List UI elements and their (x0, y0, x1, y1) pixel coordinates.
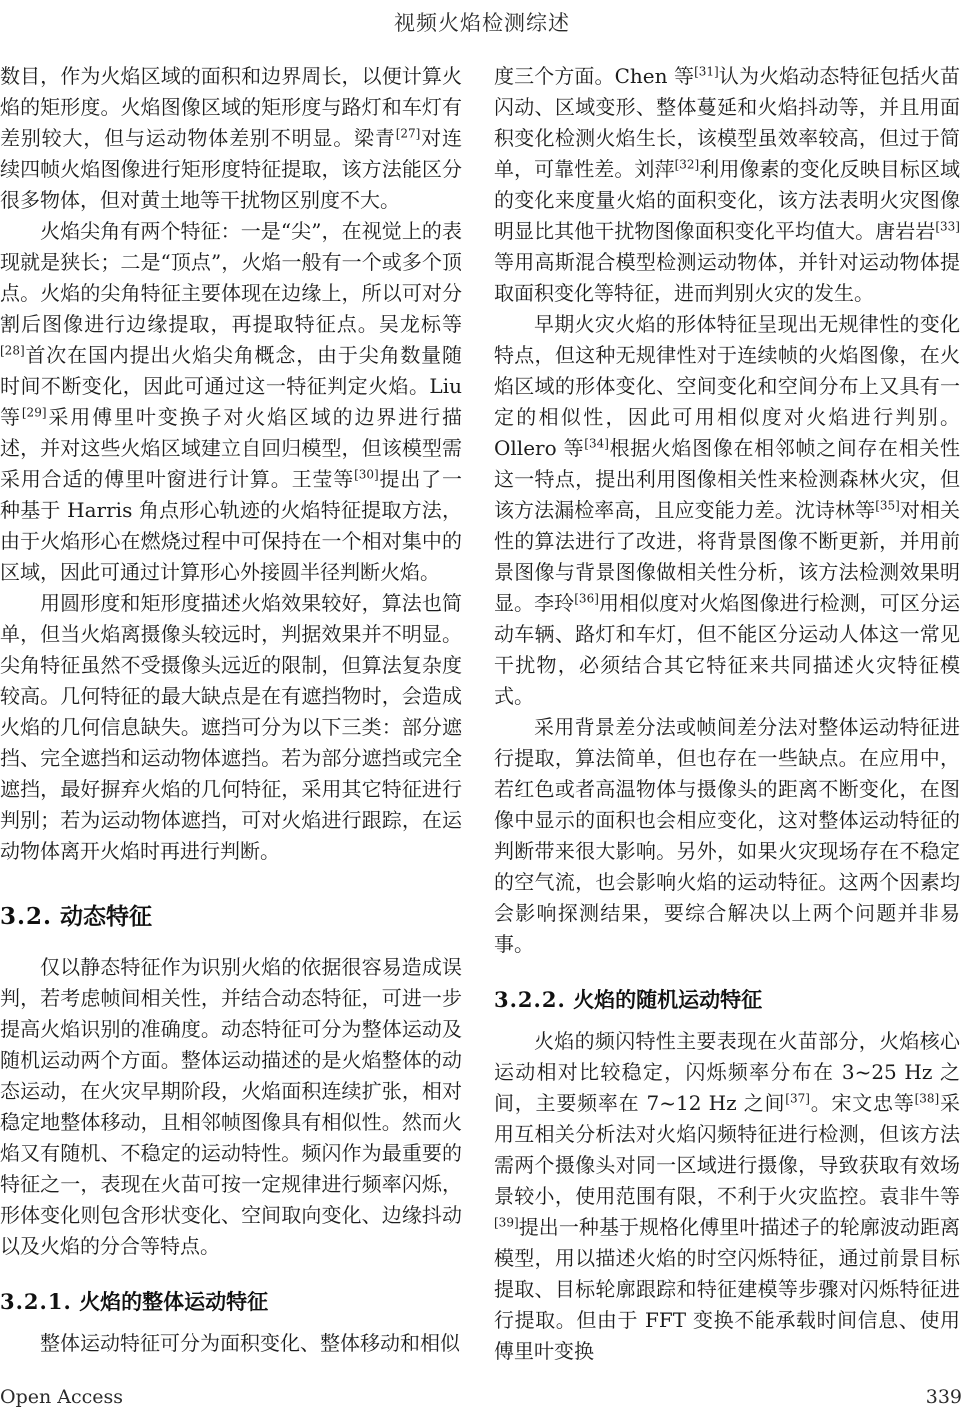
right-column: 度三个方面。Chen 等[31]认为火焰动态特征包括火苗闪动、区域变形、整体蔓延… (494, 61, 960, 1367)
citation-ref: [35] (875, 498, 900, 512)
citation-ref: [29] (22, 405, 47, 419)
citation-ref: [32] (675, 157, 700, 171)
citation-ref: [37] (785, 1091, 810, 1105)
document-page: 视频火焰检测综述 数目，作为火焰区域的面积和边界周长，以便计算火焰的矩形度。火焰… (0, 0, 964, 1414)
left-column: 数目，作为火焰区域的面积和边界周长，以便计算火焰的矩形度。火焰图像区域的矩形度与… (0, 61, 462, 1359)
section-title: 火焰的整体运动特征 (79, 1290, 268, 1314)
section-number: 3.2. (0, 903, 52, 930)
citation-ref: [36] (574, 591, 599, 605)
citation-ref: [27] (396, 126, 421, 140)
section-title: 动态特征 (60, 904, 152, 930)
section-title: 火焰的随机运动特征 (573, 988, 762, 1012)
citation-ref: [28] (0, 343, 25, 357)
paragraph: 数目，作为火焰区域的面积和边界周长，以便计算火焰的矩形度。火焰图像区域的矩形度与… (0, 61, 462, 216)
footer-open-access-label: Open Access (0, 1386, 123, 1408)
paragraph: 用圆形度和矩形度描述火焰效果较好，算法也简单，但当火焰离摄像头较远时，判据效果并… (0, 588, 462, 867)
page-header-title: 视频火焰检测综述 (0, 7, 964, 37)
section-heading: 3.2.2. 火焰的随机运动特征 (494, 987, 960, 1013)
section-heading: 3.2. 动态特征 (0, 903, 462, 931)
section-number: 3.2.2. (494, 987, 566, 1012)
citation-ref: [38] (915, 1091, 940, 1105)
paragraph: 火焰尖角有两个特征：一是“尖”，在视觉上的表现就是狭长；二是“顶点”，火焰一般有… (0, 216, 462, 588)
citation-ref: [30] (354, 467, 379, 481)
paragraph: 火焰的频闪特性主要表现在火苗部分，火焰核心运动相对比较稳定，闪烁频率分布在 3~… (494, 1026, 960, 1367)
paragraph: 采用背景差分法或帧间差分法对整体运动特征进行提取，算法简单，但也存在一些缺点。在… (494, 712, 960, 960)
section-number: 3.2.1. (0, 1289, 72, 1314)
paragraph: 仅以静态特征作为识别火焰的依据很容易造成误判，若考虑帧间相关性，并结合动态特征，… (0, 952, 462, 1262)
paragraph: 早期火灾火焰的形体特征呈现出无规律性的变化特点，但这种无规律性对于连续帧的火焰图… (494, 309, 960, 712)
citation-ref: [31] (694, 64, 719, 78)
footer-page-number: 339 (926, 1386, 962, 1408)
citation-ref: [34] (584, 436, 609, 450)
citation-ref: [33] (935, 219, 960, 233)
section-heading: 3.2.1. 火焰的整体运动特征 (0, 1289, 462, 1315)
paragraph: 度三个方面。Chen 等[31]认为火焰动态特征包括火苗闪动、区域变形、整体蔓延… (494, 61, 960, 309)
citation-ref: [39] (494, 1215, 519, 1229)
paragraph: 整体运动特征可分为面积变化、整体移动和相似 (0, 1328, 462, 1359)
